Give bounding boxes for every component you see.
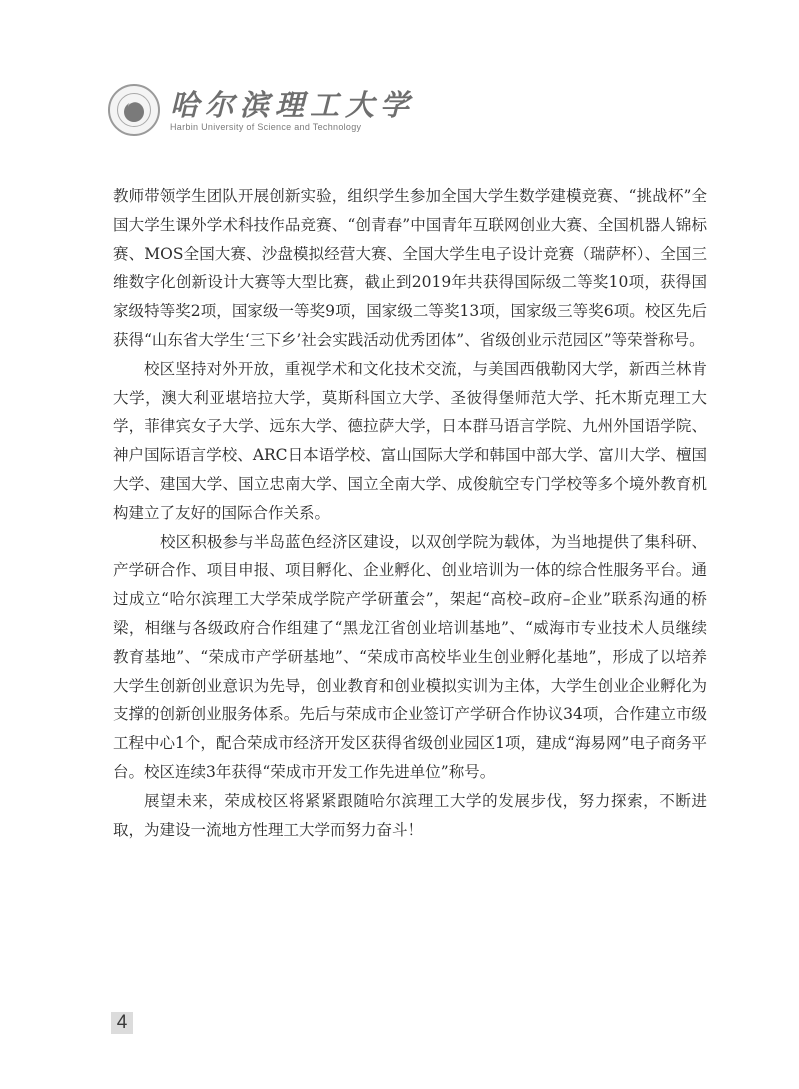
document-body: 教师带领学生团队开展创新实验，组织学生参加全国大学生数学建模竞赛、“挑战杯”全国…	[113, 182, 707, 844]
university-brand: 哈尔滨理工大学 Harbin University of Science and…	[170, 89, 415, 132]
paragraph-international-cooperation: 校区坚持对外开放，重视学术和文化技术交流，与美国西俄勒冈大学，新西兰林肯大学，澳…	[113, 355, 707, 528]
paragraph-competitions: 教师带领学生团队开展创新实验，组织学生参加全国大学生数学建模竞赛、“挑战杯”全国…	[113, 182, 707, 355]
seal-arc	[128, 100, 146, 114]
page-header: 哈尔滨理工大学 Harbin University of Science and…	[108, 82, 415, 138]
paragraph-regional-service: 校区积极参与半岛蓝色经济区建设，以双创学院为载体，为当地提供了集科研、产学研合作…	[113, 528, 707, 787]
page-number: 4	[111, 1012, 133, 1034]
paragraph-outlook: 展望未来，荣成校区将紧紧跟随哈尔滨理工大学的发展步伐，努力探索，不断进取，为建设…	[113, 787, 707, 845]
university-seal-icon	[108, 84, 160, 136]
university-name-en: Harbin University of Science and Technol…	[170, 122, 415, 132]
university-name-cn: 哈尔滨理工大学	[170, 89, 415, 121]
